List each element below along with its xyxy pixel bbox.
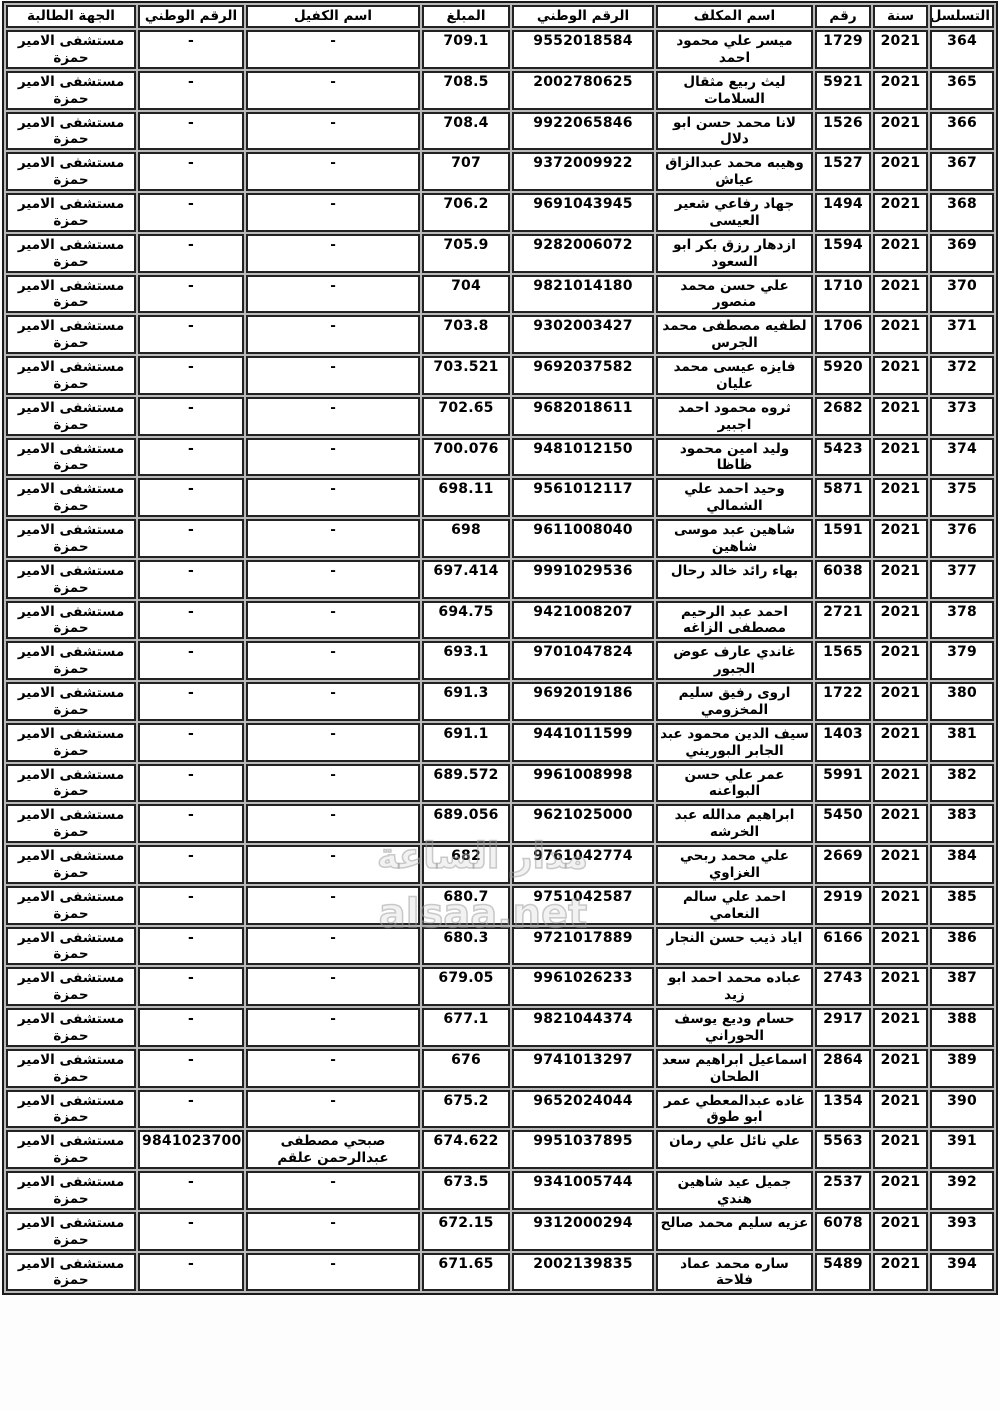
- cell-national-id: 9552018584: [512, 30, 654, 69]
- cell-requesting-entity: مستشفى الامير حمزة: [6, 152, 136, 191]
- cell-taxpayer-name: ازدهار رزق بكر ابو السعود: [656, 234, 813, 273]
- cell-guarantor-name: -: [246, 152, 420, 191]
- cell-guarantor-national-id: -: [138, 723, 244, 762]
- header-guarantor-name: اسم الكفيل: [246, 5, 420, 28]
- cell-amount: 705.9: [422, 234, 510, 273]
- table-row: 393 2021 6078 عزيه سليم محمد صالح 931200…: [6, 1212, 994, 1251]
- cell-year: 2021: [873, 601, 928, 640]
- cell-number: 1710: [815, 275, 871, 314]
- cell-number: 1722: [815, 682, 871, 721]
- cell-taxpayer-name: علي نائل علي رمان: [656, 1130, 813, 1169]
- cell-serial: 370: [930, 275, 994, 314]
- cell-guarantor-national-id: -: [138, 438, 244, 477]
- table-row: 385 2021 2919 احمد علي سالم النعامي 9751…: [6, 886, 994, 925]
- cell-national-id: 9991029536: [512, 560, 654, 599]
- cell-guarantor-name: -: [246, 804, 420, 843]
- cell-taxpayer-name: جهاد رفاعي شعير العيسى: [656, 193, 813, 232]
- header-row: التسلسل سنة رقم اسم المكلف الرقم الوطني …: [6, 5, 994, 28]
- cell-year: 2021: [873, 1212, 928, 1251]
- cell-serial: 376: [930, 519, 994, 558]
- cell-year: 2021: [873, 1090, 928, 1129]
- cell-year: 2021: [873, 112, 928, 151]
- cell-serial: 377: [930, 560, 994, 599]
- cell-guarantor-name: -: [246, 71, 420, 110]
- cell-serial: 369: [930, 234, 994, 273]
- cell-taxpayer-name: احمد علي سالم النعامي: [656, 886, 813, 925]
- cell-year: 2021: [873, 397, 928, 436]
- cell-requesting-entity: مستشفى الامير حمزة: [6, 112, 136, 151]
- cell-guarantor-national-id: -: [138, 356, 244, 395]
- cell-requesting-entity: مستشفى الامير حمزة: [6, 1049, 136, 1088]
- cell-serial: 367: [930, 152, 994, 191]
- cell-year: 2021: [873, 1049, 928, 1088]
- cell-requesting-entity: مستشفى الامير حمزة: [6, 275, 136, 314]
- table-row: 371 2021 1706 لطفيه مصطفى محمد الجرس 930…: [6, 315, 994, 354]
- cell-guarantor-name: -: [246, 397, 420, 436]
- cell-amount: 700.076: [422, 438, 510, 477]
- cell-number: 1403: [815, 723, 871, 762]
- cell-guarantor-national-id: -: [138, 234, 244, 273]
- cell-amount: 703.8: [422, 315, 510, 354]
- cell-amount: 682: [422, 845, 510, 884]
- cell-number: 5450: [815, 804, 871, 843]
- cell-guarantor-name: -: [246, 723, 420, 762]
- cell-number: 6166: [815, 927, 871, 966]
- cell-serial: 385: [930, 886, 994, 925]
- cell-taxpayer-name: لطفيه مصطفى محمد الجرس: [656, 315, 813, 354]
- cell-year: 2021: [873, 764, 928, 803]
- cell-number: 2537: [815, 1171, 871, 1210]
- cell-national-id: 9761042774: [512, 845, 654, 884]
- cell-requesting-entity: مستشفى الامير حمزة: [6, 560, 136, 599]
- table-header: التسلسل سنة رقم اسم المكلف الرقم الوطني …: [6, 5, 994, 28]
- cell-amount: 679.05: [422, 967, 510, 1006]
- table-row: 375 2021 5871 وحيد احمد علي الشمالي 9561…: [6, 478, 994, 517]
- cell-amount: 689.572: [422, 764, 510, 803]
- header-number: رقم: [815, 5, 871, 28]
- cell-serial: 384: [930, 845, 994, 884]
- table-row: 372 2021 5920 فايزه عيسى محمد عليان 9692…: [6, 356, 994, 395]
- cell-number: 5423: [815, 438, 871, 477]
- cell-year: 2021: [873, 560, 928, 599]
- cell-year: 2021: [873, 30, 928, 69]
- cell-guarantor-name: -: [246, 193, 420, 232]
- cell-national-id: 9561012117: [512, 478, 654, 517]
- cell-serial: 381: [930, 723, 994, 762]
- cell-national-id: 9611008040: [512, 519, 654, 558]
- cell-number: 6038: [815, 560, 871, 599]
- cell-national-id: 9481012150: [512, 438, 654, 477]
- cell-guarantor-national-id: -: [138, 1008, 244, 1047]
- cell-taxpayer-name: عباده محمد احمد ابو زيد: [656, 967, 813, 1006]
- cell-number: 1594: [815, 234, 871, 273]
- cell-requesting-entity: مستشفى الامير حمزة: [6, 641, 136, 680]
- cell-guarantor-national-id: -: [138, 71, 244, 110]
- cell-amount: 707: [422, 152, 510, 191]
- cell-requesting-entity: مستشفى الامير حمزة: [6, 1171, 136, 1210]
- cell-requesting-entity: مستشفى الامير حمزة: [6, 356, 136, 395]
- table-row: 377 2021 6038 بهاء رائد خالد رحال 999102…: [6, 560, 994, 599]
- cell-requesting-entity: مستشفى الامير حمزة: [6, 478, 136, 517]
- cell-year: 2021: [873, 234, 928, 273]
- cell-requesting-entity: مستشفى الامير حمزة: [6, 723, 136, 762]
- cell-national-id: 9741013297: [512, 1049, 654, 1088]
- cell-amount: 703.521: [422, 356, 510, 395]
- table-row: 365 2021 5921 ليث ربيع مثقال السلامات 20…: [6, 71, 994, 110]
- cell-number: 5921: [815, 71, 871, 110]
- cell-year: 2021: [873, 886, 928, 925]
- cell-amount: 673.5: [422, 1171, 510, 1210]
- table-body: 364 2021 1729 ميسر علي محمود احمد 955201…: [6, 30, 994, 1291]
- cell-taxpayer-name: ميسر علي محمود احمد: [656, 30, 813, 69]
- cell-national-id: 9441011599: [512, 723, 654, 762]
- cell-taxpayer-name: احمد عبد الرحيم مصطفى الزاغه: [656, 601, 813, 640]
- cell-guarantor-name: -: [246, 764, 420, 803]
- cell-guarantor-name: -: [246, 438, 420, 477]
- header-guarantor-national-id: الرقم الوطني: [138, 5, 244, 28]
- cell-amount: 680.3: [422, 927, 510, 966]
- records-table: التسلسل سنة رقم اسم المكلف الرقم الوطني …: [2, 1, 998, 1295]
- cell-serial: 391: [930, 1130, 994, 1169]
- cell-amount: 704: [422, 275, 510, 314]
- cell-serial: 394: [930, 1253, 994, 1292]
- cell-guarantor-national-id: 9841023700: [138, 1130, 244, 1169]
- cell-amount: 672.15: [422, 1212, 510, 1251]
- cell-taxpayer-name: علي محمد ربحي الغزاوي: [656, 845, 813, 884]
- cell-requesting-entity: مستشفى الامير حمزة: [6, 1090, 136, 1129]
- cell-serial: 386: [930, 927, 994, 966]
- cell-year: 2021: [873, 275, 928, 314]
- cell-amount: 706.2: [422, 193, 510, 232]
- cell-taxpayer-name: وهيبه محمد عبدالزاق عياش: [656, 152, 813, 191]
- cell-guarantor-name: -: [246, 234, 420, 273]
- cell-national-id: 9652024044: [512, 1090, 654, 1129]
- cell-taxpayer-name: فايزه عيسى محمد عليان: [656, 356, 813, 395]
- cell-amount: 675.2: [422, 1090, 510, 1129]
- cell-guarantor-national-id: -: [138, 193, 244, 232]
- cell-guarantor-national-id: -: [138, 641, 244, 680]
- cell-number: 5920: [815, 356, 871, 395]
- table-row: 370 2021 1710 علي حسن محمد منصور 9821014…: [6, 275, 994, 314]
- document-page: التسلسل سنة رقم اسم المكلف الرقم الوطني …: [0, 0, 1000, 1410]
- cell-requesting-entity: مستشفى الامير حمزة: [6, 397, 136, 436]
- cell-guarantor-name: -: [246, 315, 420, 354]
- cell-serial: 365: [930, 71, 994, 110]
- cell-guarantor-national-id: -: [138, 30, 244, 69]
- cell-taxpayer-name: لانا محمد حسن ابو دلال: [656, 112, 813, 151]
- cell-guarantor-national-id: -: [138, 804, 244, 843]
- cell-guarantor-name: -: [246, 845, 420, 884]
- cell-year: 2021: [873, 438, 928, 477]
- cell-taxpayer-name: شاهين عبد موسى شاهين: [656, 519, 813, 558]
- cell-national-id: 9701047824: [512, 641, 654, 680]
- cell-guarantor-name: -: [246, 30, 420, 69]
- cell-taxpayer-name: ثروه محمود احمد اجبير: [656, 397, 813, 436]
- cell-year: 2021: [873, 1171, 928, 1210]
- cell-requesting-entity: مستشفى الامير حمزة: [6, 601, 136, 640]
- cell-taxpayer-name: ابراهيم مدالله عبد الخرشه: [656, 804, 813, 843]
- cell-requesting-entity: مستشفى الامير حمزة: [6, 1253, 136, 1292]
- cell-guarantor-national-id: -: [138, 682, 244, 721]
- table-row: 378 2021 2721 احمد عبد الرحيم مصطفى الزا…: [6, 601, 994, 640]
- cell-requesting-entity: مستشفى الامير حمزة: [6, 1212, 136, 1251]
- cell-requesting-entity: مستشفى الامير حمزة: [6, 71, 136, 110]
- cell-number: 2917: [815, 1008, 871, 1047]
- table-row: 380 2021 1722 اروى رفيق سليم المخزومي 96…: [6, 682, 994, 721]
- cell-year: 2021: [873, 641, 928, 680]
- cell-national-id: 9721017889: [512, 927, 654, 966]
- cell-national-id: 2002780625: [512, 71, 654, 110]
- cell-serial: 390: [930, 1090, 994, 1129]
- table-row: 394 2021 5489 ساره محمد عماد فلاحة 20021…: [6, 1253, 994, 1292]
- cell-serial: 366: [930, 112, 994, 151]
- cell-national-id: 9621025000: [512, 804, 654, 843]
- cell-number: 1591: [815, 519, 871, 558]
- cell-number: 2682: [815, 397, 871, 436]
- cell-guarantor-name: -: [246, 519, 420, 558]
- cell-number: 2919: [815, 886, 871, 925]
- cell-taxpayer-name: ساره محمد عماد فلاحة: [656, 1253, 813, 1292]
- table-row: 388 2021 2917 حسام وديع يوسف الحوراني 98…: [6, 1008, 994, 1047]
- cell-number: 2864: [815, 1049, 871, 1088]
- cell-guarantor-name: -: [246, 356, 420, 395]
- table-row: 386 2021 6166 اياد ذيب حسن النجار 972101…: [6, 927, 994, 966]
- cell-year: 2021: [873, 71, 928, 110]
- cell-amount: 694.75: [422, 601, 510, 640]
- cell-national-id: 9961008998: [512, 764, 654, 803]
- cell-national-id: 9692019186: [512, 682, 654, 721]
- cell-serial: 392: [930, 1171, 994, 1210]
- cell-number: 5991: [815, 764, 871, 803]
- cell-serial: 375: [930, 478, 994, 517]
- cell-amount: 702.65: [422, 397, 510, 436]
- cell-guarantor-national-id: -: [138, 315, 244, 354]
- cell-national-id: 9922065846: [512, 112, 654, 151]
- cell-guarantor-name: -: [246, 478, 420, 517]
- header-national-id: الرقم الوطني: [512, 5, 654, 28]
- cell-amount: 680.7: [422, 886, 510, 925]
- cell-guarantor-name: -: [246, 1049, 420, 1088]
- cell-national-id: 9302003427: [512, 315, 654, 354]
- cell-year: 2021: [873, 845, 928, 884]
- cell-requesting-entity: مستشفى الامير حمزة: [6, 886, 136, 925]
- cell-guarantor-name: -: [246, 967, 420, 1006]
- cell-national-id: 9821014180: [512, 275, 654, 314]
- header-serial: التسلسل: [930, 5, 994, 28]
- cell-guarantor-name: -: [246, 601, 420, 640]
- cell-serial: 389: [930, 1049, 994, 1088]
- cell-guarantor-national-id: -: [138, 275, 244, 314]
- cell-serial: 382: [930, 764, 994, 803]
- cell-requesting-entity: مستشفى الامير حمزة: [6, 967, 136, 1006]
- cell-amount: 698.11: [422, 478, 510, 517]
- table-row: 387 2021 2743 عباده محمد احمد ابو زيد 99…: [6, 967, 994, 1006]
- cell-taxpayer-name: عزيه سليم محمد صالح: [656, 1212, 813, 1251]
- cell-amount: 709.1: [422, 30, 510, 69]
- cell-requesting-entity: مستشفى الامير حمزة: [6, 1130, 136, 1169]
- table-row: 364 2021 1729 ميسر علي محمود احمد 955201…: [6, 30, 994, 69]
- cell-number: 1494: [815, 193, 871, 232]
- cell-year: 2021: [873, 193, 928, 232]
- header-requesting-entity: الجهة الطالبة: [6, 5, 136, 28]
- cell-number: 2721: [815, 601, 871, 640]
- cell-requesting-entity: مستشفى الامير حمزة: [6, 764, 136, 803]
- cell-amount: 691.3: [422, 682, 510, 721]
- cell-taxpayer-name: سيف الدين محمود عبد الجابر البوريني: [656, 723, 813, 762]
- cell-number: 6078: [815, 1212, 871, 1251]
- cell-serial: 380: [930, 682, 994, 721]
- cell-year: 2021: [873, 315, 928, 354]
- cell-taxpayer-name: وحيد احمد علي الشمالي: [656, 478, 813, 517]
- cell-requesting-entity: مستشفى الامير حمزة: [6, 234, 136, 273]
- cell-amount: 708.5: [422, 71, 510, 110]
- cell-year: 2021: [873, 1130, 928, 1169]
- table-row: 374 2021 5423 وليد امين محمود ظاظا 94810…: [6, 438, 994, 477]
- cell-number: 5563: [815, 1130, 871, 1169]
- table-row: 376 2021 1591 شاهين عبد موسى شاهين 96110…: [6, 519, 994, 558]
- cell-taxpayer-name: جميل عيد شاهين هندي: [656, 1171, 813, 1210]
- cell-serial: 373: [930, 397, 994, 436]
- cell-requesting-entity: مستشفى الامير حمزة: [6, 1008, 136, 1047]
- cell-guarantor-national-id: -: [138, 519, 244, 558]
- cell-serial: 388: [930, 1008, 994, 1047]
- cell-guarantor-national-id: -: [138, 112, 244, 151]
- cell-guarantor-name: -: [246, 112, 420, 151]
- cell-serial: 378: [930, 601, 994, 640]
- cell-number: 1354: [815, 1090, 871, 1129]
- cell-serial: 387: [930, 967, 994, 1006]
- cell-taxpayer-name: حسام وديع يوسف الحوراني: [656, 1008, 813, 1047]
- table-row: 384 2021 2669 علي محمد ربحي الغزاوي 9761…: [6, 845, 994, 884]
- cell-guarantor-national-id: -: [138, 764, 244, 803]
- cell-national-id: 2002139835: [512, 1253, 654, 1292]
- cell-national-id: 9682018611: [512, 397, 654, 436]
- cell-amount: 698: [422, 519, 510, 558]
- cell-guarantor-name: صبحي مصطفى عبدالرحمن علقم: [246, 1130, 420, 1169]
- cell-guarantor-name: -: [246, 1171, 420, 1210]
- header-taxpayer-name: اسم المكلف: [656, 5, 813, 28]
- cell-taxpayer-name: اياد ذيب حسن النجار: [656, 927, 813, 966]
- cell-national-id: 9312000294: [512, 1212, 654, 1251]
- cell-year: 2021: [873, 152, 928, 191]
- header-year: سنة: [873, 5, 928, 28]
- cell-requesting-entity: مستشفى الامير حمزة: [6, 927, 136, 966]
- cell-number: 1526: [815, 112, 871, 151]
- cell-amount: 691.1: [422, 723, 510, 762]
- cell-guarantor-name: -: [246, 682, 420, 721]
- cell-serial: 393: [930, 1212, 994, 1251]
- cell-guarantor-national-id: -: [138, 927, 244, 966]
- cell-number: 1565: [815, 641, 871, 680]
- cell-amount: 674.622: [422, 1130, 510, 1169]
- cell-taxpayer-name: غاندي عارف عوض الجبور: [656, 641, 813, 680]
- cell-taxpayer-name: غاده عبدالمعطي عمر ابو طوق: [656, 1090, 813, 1129]
- cell-guarantor-national-id: -: [138, 845, 244, 884]
- cell-amount: 693.1: [422, 641, 510, 680]
- cell-year: 2021: [873, 1008, 928, 1047]
- cell-guarantor-national-id: -: [138, 397, 244, 436]
- table-row: 367 2021 1527 وهيبه محمد عبدالزاق عياش 9…: [6, 152, 994, 191]
- header-amount: المبلغ: [422, 5, 510, 28]
- cell-amount: 677.1: [422, 1008, 510, 1047]
- cell-year: 2021: [873, 804, 928, 843]
- cell-guarantor-national-id: -: [138, 1171, 244, 1210]
- cell-guarantor-name: -: [246, 275, 420, 314]
- cell-guarantor-national-id: -: [138, 601, 244, 640]
- cell-number: 1706: [815, 315, 871, 354]
- cell-national-id: 9421008207: [512, 601, 654, 640]
- cell-guarantor-national-id: -: [138, 560, 244, 599]
- cell-number: 2669: [815, 845, 871, 884]
- cell-guarantor-national-id: -: [138, 1212, 244, 1251]
- cell-guarantor-national-id: -: [138, 1090, 244, 1129]
- cell-number: 5489: [815, 1253, 871, 1292]
- cell-national-id: 9372009922: [512, 152, 654, 191]
- table-row: 379 2021 1565 غاندي عارف عوض الجبور 9701…: [6, 641, 994, 680]
- cell-serial: 374: [930, 438, 994, 477]
- cell-amount: 697.414: [422, 560, 510, 599]
- cell-number: 1527: [815, 152, 871, 191]
- table-row: 368 2021 1494 جهاد رفاعي شعير العيسى 969…: [6, 193, 994, 232]
- cell-guarantor-name: -: [246, 560, 420, 599]
- cell-guarantor-national-id: -: [138, 478, 244, 517]
- table-row: 390 2021 1354 غاده عبدالمعطي عمر ابو طوق…: [6, 1090, 994, 1129]
- cell-national-id: 9951037895: [512, 1130, 654, 1169]
- cell-national-id: 9341005744: [512, 1171, 654, 1210]
- cell-national-id: 9691043945: [512, 193, 654, 232]
- cell-serial: 368: [930, 193, 994, 232]
- cell-amount: 671.65: [422, 1253, 510, 1292]
- cell-year: 2021: [873, 682, 928, 721]
- cell-serial: 379: [930, 641, 994, 680]
- cell-guarantor-national-id: -: [138, 1049, 244, 1088]
- cell-taxpayer-name: علي حسن محمد منصور: [656, 275, 813, 314]
- cell-guarantor-name: -: [246, 1253, 420, 1292]
- table-row: 366 2021 1526 لانا محمد حسن ابو دلال 992…: [6, 112, 994, 151]
- cell-national-id: 9751042587: [512, 886, 654, 925]
- cell-taxpayer-name: بهاء رائد خالد رحال: [656, 560, 813, 599]
- cell-amount: 689.056: [422, 804, 510, 843]
- cell-guarantor-national-id: -: [138, 886, 244, 925]
- table-row: 392 2021 2537 جميل عيد شاهين هندي 934100…: [6, 1171, 994, 1210]
- cell-national-id: 9692037582: [512, 356, 654, 395]
- cell-requesting-entity: مستشفى الامير حمزة: [6, 30, 136, 69]
- cell-requesting-entity: مستشفى الامير حمزة: [6, 804, 136, 843]
- cell-serial: 364: [930, 30, 994, 69]
- cell-guarantor-name: -: [246, 1090, 420, 1129]
- table-row: 369 2021 1594 ازدهار رزق بكر ابو السعود …: [6, 234, 994, 273]
- table-row: 373 2021 2682 ثروه محمود احمد اجبير 9682…: [6, 397, 994, 436]
- cell-guarantor-name: -: [246, 1212, 420, 1251]
- cell-taxpayer-name: اروى رفيق سليم المخزومي: [656, 682, 813, 721]
- cell-serial: 371: [930, 315, 994, 354]
- cell-guarantor-national-id: -: [138, 1253, 244, 1292]
- cell-year: 2021: [873, 1253, 928, 1292]
- cell-number: 5871: [815, 478, 871, 517]
- table-row: 383 2021 5450 ابراهيم مدالله عبد الخرشه …: [6, 804, 994, 843]
- cell-national-id: 9961026233: [512, 967, 654, 1006]
- table-row: 381 2021 1403 سيف الدين محمود عبد الجابر…: [6, 723, 994, 762]
- cell-amount: 708.4: [422, 112, 510, 151]
- cell-taxpayer-name: اسماعيل ابراهيم سعد الطحان: [656, 1049, 813, 1088]
- cell-guarantor-name: -: [246, 641, 420, 680]
- cell-number: 1729: [815, 30, 871, 69]
- cell-year: 2021: [873, 723, 928, 762]
- cell-year: 2021: [873, 967, 928, 1006]
- cell-year: 2021: [873, 927, 928, 966]
- cell-year: 2021: [873, 478, 928, 517]
- cell-national-id: 9821044374: [512, 1008, 654, 1047]
